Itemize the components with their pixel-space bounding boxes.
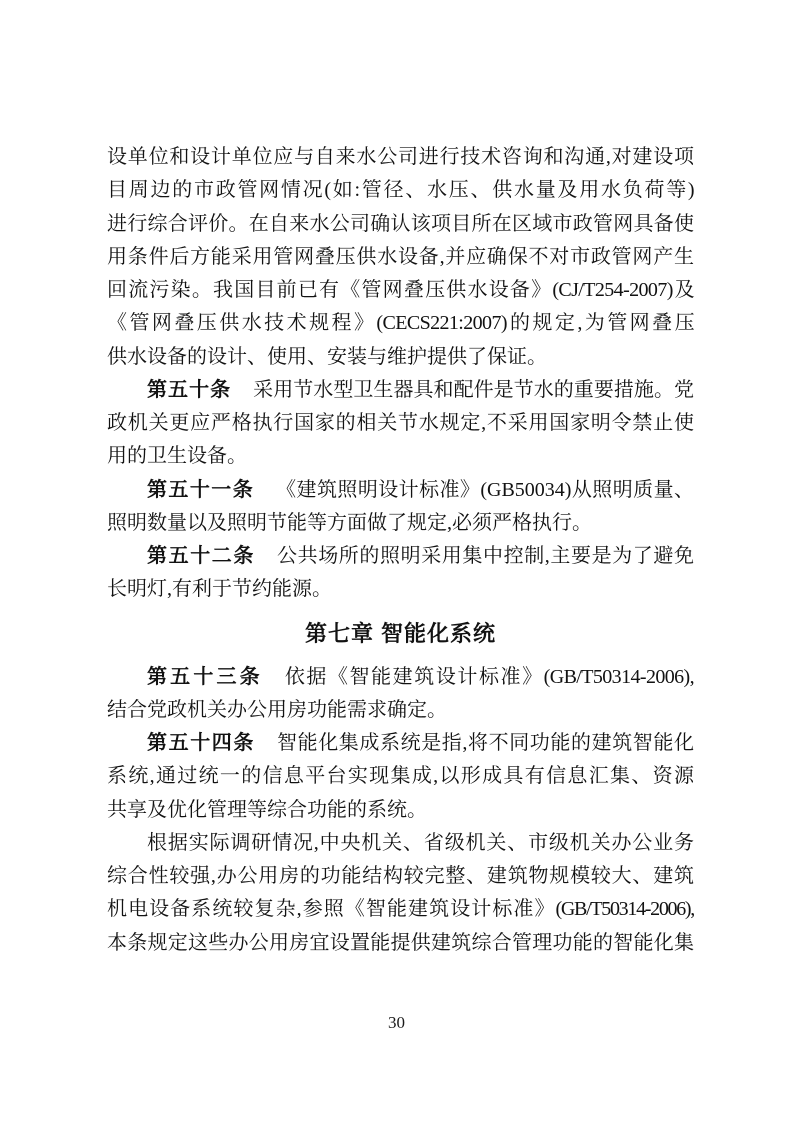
text-line: 机电设备系统较复杂,参照《智能建筑设计标准》(GB/T50314-2006), xyxy=(107,893,694,926)
text-line: 第五十二条公共场所的照明采用集中控制,主要是为了避免 xyxy=(107,540,694,573)
text-line: 本条规定这些办公用房宜设置能提供建筑综合管理功能的智能化集 xyxy=(107,927,694,960)
text-line: 综合性较强,办公用房的功能结构较完整、建筑物规模较大、建筑 xyxy=(107,860,694,893)
line-text: 智能化集成系统是指,将不同功能的建筑智能化 xyxy=(277,732,694,754)
text-line: 结合党政机关办公用房功能需求确定。 xyxy=(107,694,694,727)
text-line: 第五十条采用节水型卫生器具和配件是节水的重要措施。党 xyxy=(107,374,694,407)
article-number: 第五十一条 xyxy=(147,479,254,501)
chapter-heading: 第七章 智能化系统 xyxy=(107,616,694,652)
para-article-53: 第五十三条依据《智能建筑设计标准》(GB/T50314-2006), 结合党政机… xyxy=(107,661,694,728)
text-line: 供水设备的设计、使用、安装与维护提供了保证。 xyxy=(107,341,694,374)
article-number: 第五十条 xyxy=(147,379,231,401)
text-line: 共享及优化管理等综合功能的系统。 xyxy=(107,794,694,827)
text-line: 设单位和设计单位应与自来水公司进行技术咨询和沟通,对建设项 xyxy=(107,141,694,174)
line-text: 采用节水型卫生器具和配件是节水的重要措施。党 xyxy=(253,379,694,401)
text-line: 第五十一条《建筑照明设计标准》(GB50034)从照明质量、 xyxy=(107,474,694,507)
page-number: 30 xyxy=(0,1012,793,1034)
text-line: 用的卫生设备。 xyxy=(107,440,694,473)
text-line: 第五十三条依据《智能建筑设计标准》(GB/T50314-2006), xyxy=(107,661,694,694)
text-line: 目周边的市政管网情况(如:管径、水压、供水量及用水负荷等) xyxy=(107,174,694,207)
line-text: 依据《智能建筑设计标准》(GB/T50314-2006), xyxy=(285,666,694,688)
text-line: 照明数量以及照明节能等方面做了规定,必须严格执行。 xyxy=(107,507,694,540)
para-article-54: 第五十四条智能化集成系统是指,将不同功能的建筑智能化 系统,通过统一的信息平台实… xyxy=(107,727,694,827)
text-line: 《管网叠压供水技术规程》(CECS221:2007)的规定,为管网叠压 xyxy=(107,307,694,340)
article-number: 第五十四条 xyxy=(147,732,255,754)
para-49-continuation: 设单位和设计单位应与自来水公司进行技术咨询和沟通,对建设项 目周边的市政管网情况… xyxy=(107,141,694,374)
document-page: 设单位和设计单位应与自来水公司进行技术咨询和沟通,对建设项 目周边的市政管网情况… xyxy=(0,0,793,1122)
line-text: 《建筑照明设计标准》(GB50034)从照明质量、 xyxy=(276,479,694,501)
text-line: 回流污染。我国目前已有《管网叠压供水设备》(CJ/T254-2007)及 xyxy=(107,274,694,307)
text-line: 根据实际调研情况,中央机关、省级机关、市级机关办公业务 xyxy=(107,827,694,860)
page-content: 设单位和设计单位应与自来水公司进行技术咨询和沟通,对建设项 目周边的市政管网情况… xyxy=(107,141,694,960)
para-article-52: 第五十二条公共场所的照明采用集中控制,主要是为了避免 长明灯,有利于节约能源。 xyxy=(107,540,694,607)
line-text: 公共场所的照明采用集中控制,主要是为了避免 xyxy=(277,545,694,567)
article-number: 第五十二条 xyxy=(147,545,255,567)
text-line: 长明灯,有利于节约能源。 xyxy=(107,573,694,606)
text-line: 系统,通过统一的信息平台实现集成,以形成具有信息汇集、资源 xyxy=(107,760,694,793)
text-line: 政机关更应严格执行国家的相关节水规定,不采用国家明令禁止使 xyxy=(107,407,694,440)
text-line: 第五十四条智能化集成系统是指,将不同功能的建筑智能化 xyxy=(107,727,694,760)
text-line: 用条件后方能采用管网叠压供水设备,并应确保不对市政管网产生 xyxy=(107,241,694,274)
para-article-50: 第五十条采用节水型卫生器具和配件是节水的重要措施。党 政机关更应严格执行国家的相… xyxy=(107,374,694,474)
article-number: 第五十三条 xyxy=(147,666,263,688)
para-survey-note: 根据实际调研情况,中央机关、省级机关、市级机关办公业务 综合性较强,办公用房的功… xyxy=(107,827,694,960)
para-article-51: 第五十一条《建筑照明设计标准》(GB50034)从照明质量、 照明数量以及照明节… xyxy=(107,474,694,541)
text-line: 进行综合评价。在自来水公司确认该项目所在区域市政管网具备使 xyxy=(107,208,694,241)
